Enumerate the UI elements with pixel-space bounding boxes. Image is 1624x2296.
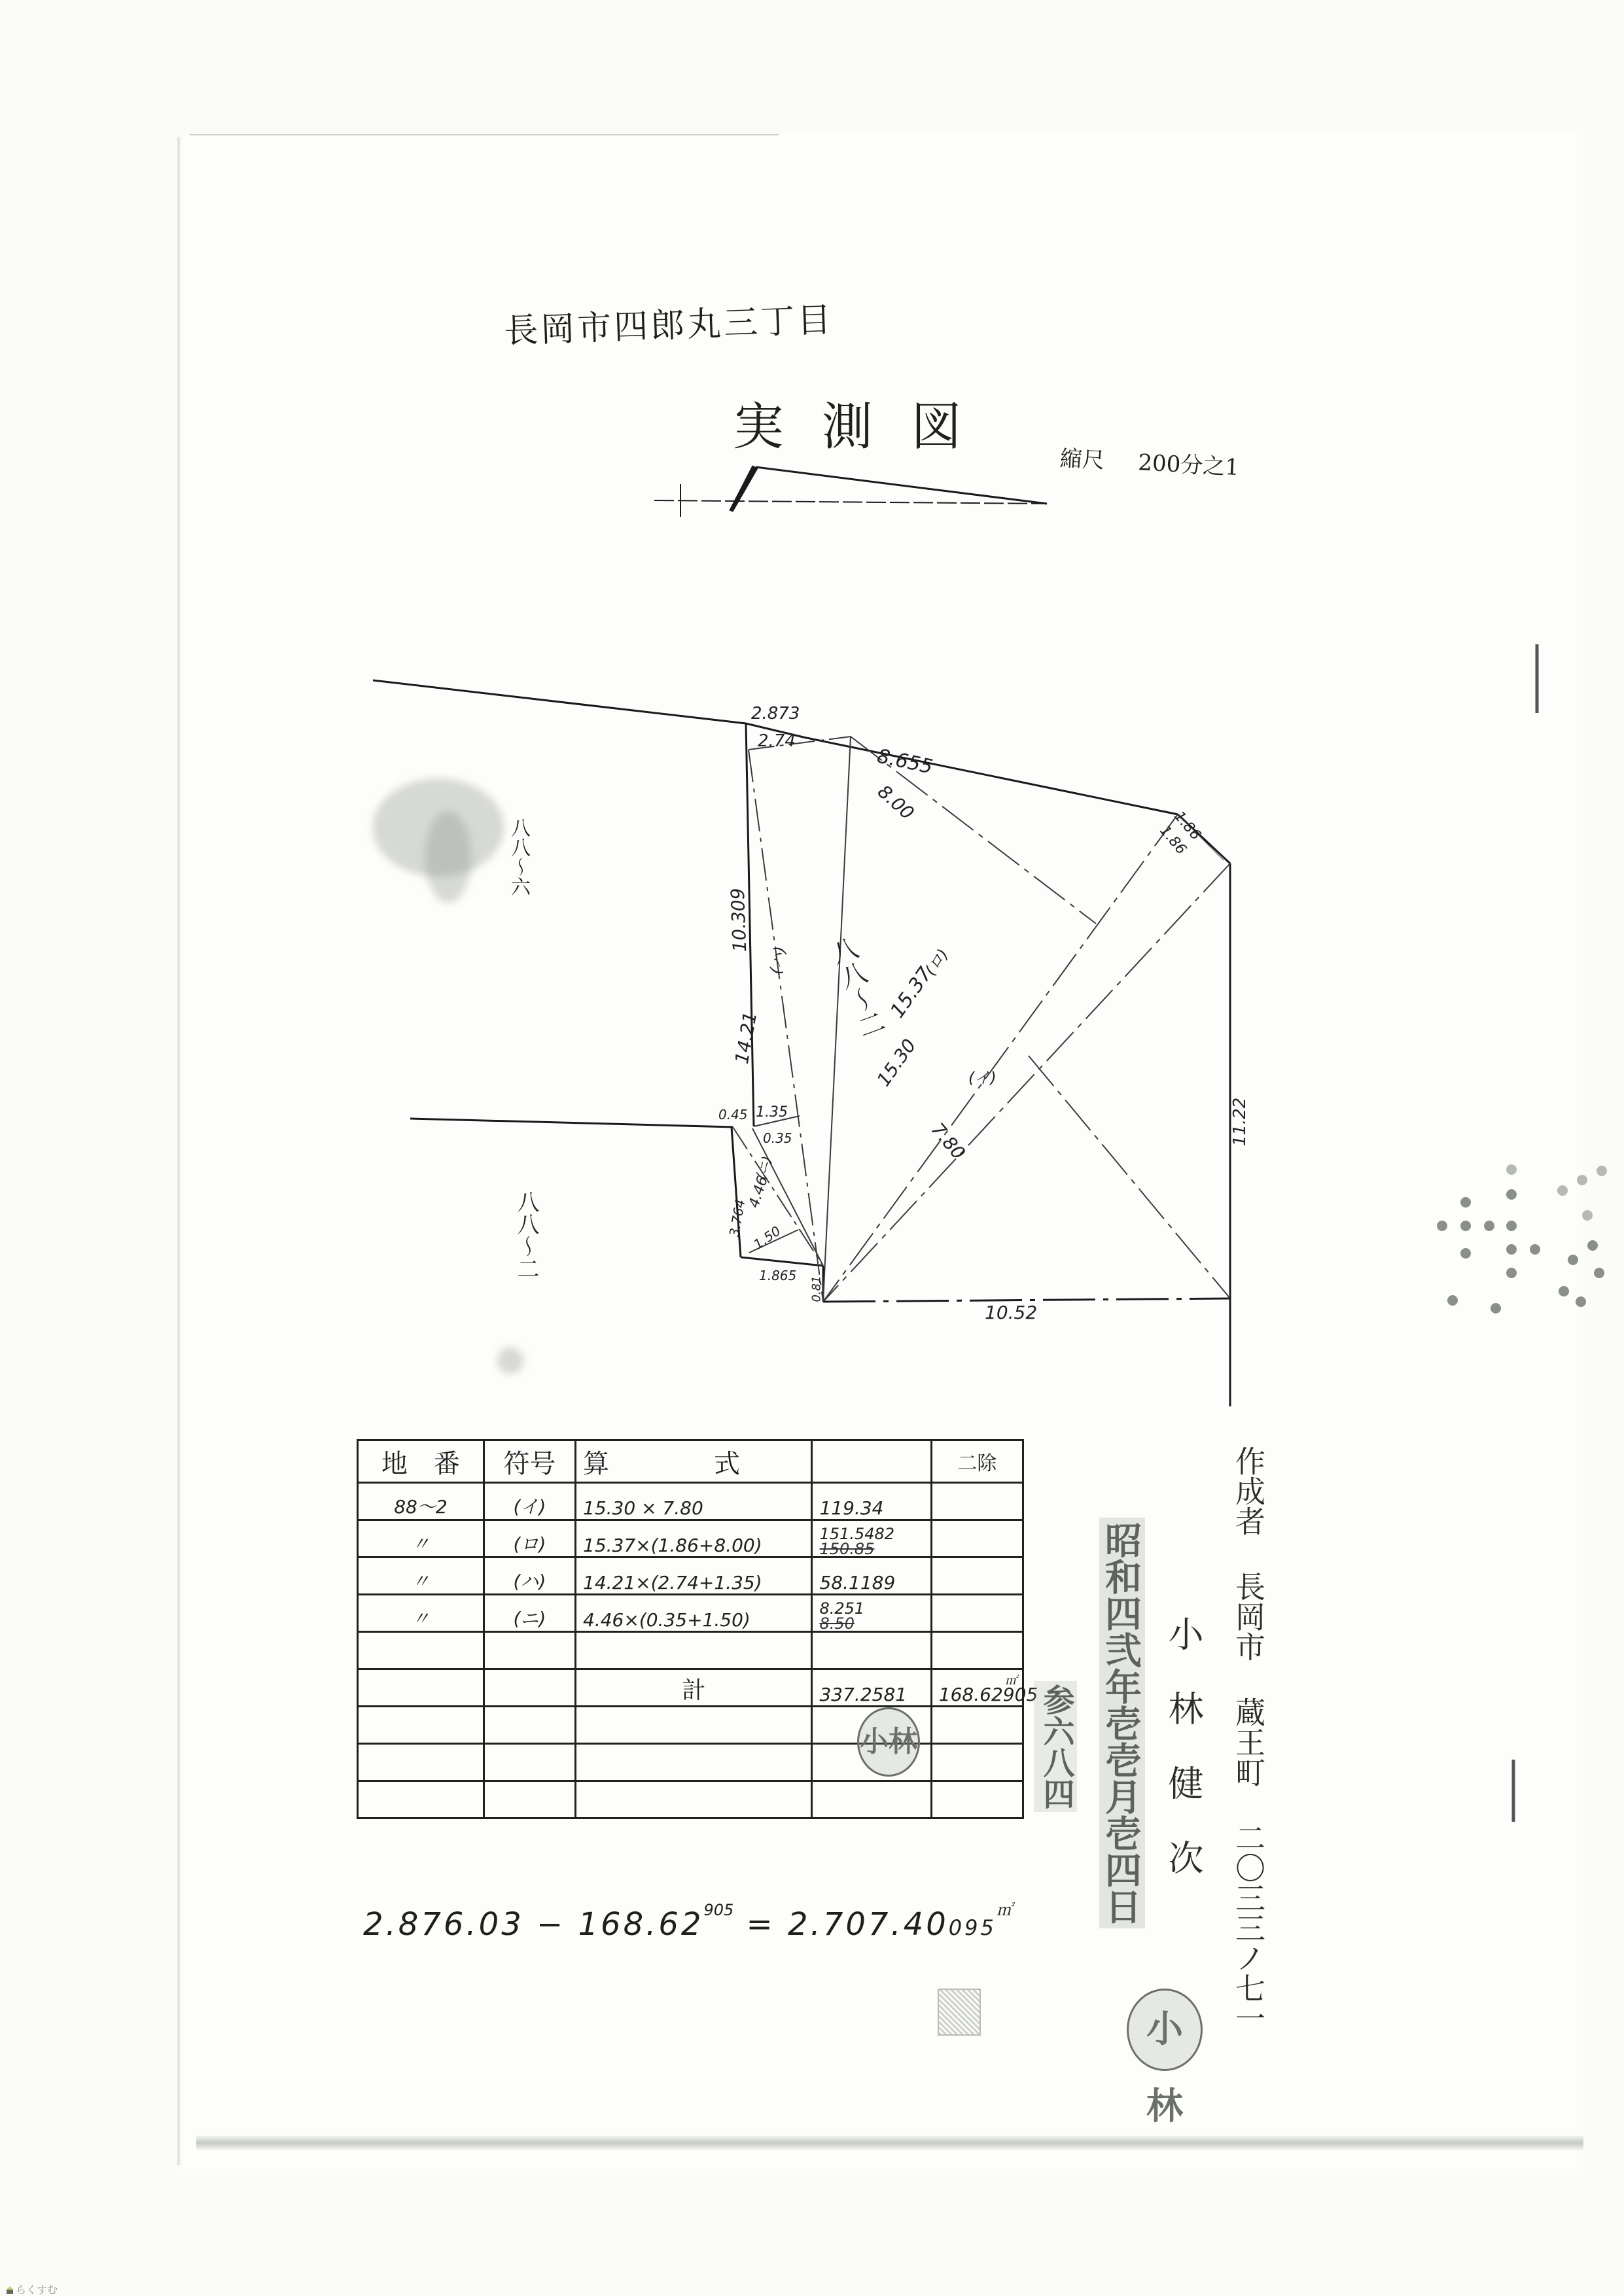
cell-result: 119.34	[812, 1483, 931, 1520]
cell-half	[931, 1520, 1023, 1557]
dim-label: 10.52	[985, 1302, 1037, 1323]
parcel-label-i: (イ)	[968, 1065, 997, 1088]
cell-formula	[576, 1781, 812, 1818]
cell-formula	[576, 1744, 812, 1781]
cell-half	[931, 1557, 1023, 1595]
cell-lot	[358, 1669, 484, 1707]
result-struck: 150.85	[819, 1542, 923, 1556]
table-row: 〃 (ニ) 4.46×(0.35+1.50) 8.251 8.50	[358, 1595, 1023, 1632]
watermark: らくすむ	[7, 2282, 58, 2296]
cell-lot: 88〜2	[358, 1483, 484, 1520]
table-total-row: 計 337.2581 168.62905㎡	[358, 1669, 1023, 1707]
formula-equals: =	[747, 1906, 775, 1943]
cell-result	[812, 1632, 931, 1669]
cell-symbol	[484, 1669, 575, 1707]
dim-label: 2.873	[751, 704, 800, 723]
cell-lot	[358, 1744, 484, 1781]
formula-subtrahend-sup: 905	[703, 1901, 733, 1919]
table-row	[358, 1744, 1023, 1781]
cell-total-half: 168.62905㎡	[931, 1669, 1023, 1707]
table-row	[358, 1781, 1023, 1818]
survey-drawing	[0, 0, 1624, 2296]
header-result	[812, 1440, 931, 1483]
formula-subtrahend: 168.62	[578, 1906, 704, 1943]
cell-symbol	[484, 1707, 575, 1744]
cell-lot: 〃	[358, 1520, 484, 1557]
dim-label: 1.865	[759, 1268, 796, 1283]
cell-formula: 14.21×(2.74+1.35)	[576, 1557, 812, 1595]
dim-label: 0.45	[718, 1107, 748, 1122]
area-calculation-table: 地 番 符号 算 式 二除 88〜2 (イ) 15.30 × 7.80 119.…	[357, 1439, 1024, 1819]
boundary-line	[410, 1119, 733, 1127]
formula-operator: −	[537, 1906, 565, 1943]
table-row: 〃 (ロ) 15.37×(1.86+8.00) 151.5482 150.85	[358, 1520, 1023, 1557]
cell-half	[931, 1744, 1023, 1781]
dim-label: 11.22	[1230, 1098, 1250, 1146]
total-half-value: 168.62905	[939, 1684, 1038, 1705]
unit-label: ㎡	[1005, 1671, 1017, 1688]
watermark-text: らくすむ	[16, 2284, 58, 2296]
dim-label: 1.35	[756, 1104, 788, 1121]
table-row: 〃 (ハ) 14.21×(2.74+1.35) 58.1189	[358, 1557, 1023, 1595]
cell-result: 58.1189	[812, 1557, 931, 1595]
dim-label: 2.74	[758, 731, 796, 751]
dim-label: 0.35	[763, 1130, 792, 1146]
formula-unit: ㎡	[997, 1901, 1012, 1919]
cell-half	[931, 1483, 1023, 1520]
cell-lot: 〃	[358, 1557, 484, 1595]
cell-formula: 15.37×(1.86+8.00)	[576, 1520, 812, 1557]
cell-symbol: (ハ)	[484, 1557, 575, 1595]
author-address: 作成者 長岡市 蔵王町 二〇三三ノ七一	[1230, 1446, 1267, 2033]
lot-label-upper-left: 八八〜六	[504, 818, 533, 896]
cell-half	[931, 1595, 1023, 1632]
area-formula: 2.876.03 − 168.62905 = 2.707.40095㎡	[363, 1897, 1012, 1943]
header-lot-number: 地 番	[358, 1440, 484, 1483]
cell-total-result: 337.2581	[812, 1669, 931, 1707]
cell-formula: 15.30 × 7.80	[576, 1483, 812, 1520]
house-logo-icon	[7, 2286, 13, 2294]
cell-lot	[358, 1707, 484, 1744]
table-header-row: 地 番 符号 算 式 二除	[358, 1440, 1023, 1483]
cell-symbol: (ニ)	[484, 1595, 575, 1632]
lot-label-lower-left: 八八〜二	[510, 1191, 542, 1279]
cell-result: 8.251 8.50	[812, 1595, 931, 1632]
cell-symbol: (ロ)	[484, 1520, 575, 1557]
cell-symbol	[484, 1781, 575, 1818]
stamp-box	[938, 1989, 981, 2036]
cell-symbol	[484, 1744, 575, 1781]
date-stamp: 昭和四弐年壱壱月壱四日	[1099, 1518, 1145, 1928]
author-seal-stamp: 小林	[1127, 1989, 1203, 2071]
parcel-label-ha: (ハ)	[762, 944, 790, 975]
cell-half	[931, 1632, 1023, 1669]
cell-total-label: 計	[576, 1669, 812, 1707]
cell-lot	[358, 1781, 484, 1818]
formula-minuend: 2.876.03	[363, 1906, 524, 1943]
cell-formula	[576, 1632, 812, 1669]
table-row: 88〜2 (イ) 15.30 × 7.80 119.34	[358, 1483, 1023, 1520]
cell-formula: 4.46×(0.35+1.50)	[576, 1595, 812, 1632]
dim-label: 0.81	[810, 1276, 824, 1302]
cell-lot	[358, 1632, 484, 1669]
cell-result: 151.5482 150.85	[812, 1520, 931, 1557]
north-arrow-icon	[654, 466, 1047, 517]
table-seal-stamp: 小林	[857, 1707, 920, 1777]
formula-result-tail: 095	[949, 1915, 997, 1940]
dim-label: 10.309	[727, 888, 750, 952]
cell-result	[812, 1781, 931, 1818]
author-name: 小林健次	[1158, 1616, 1209, 1914]
triangulation-lines	[733, 737, 1230, 1302]
header-formula: 算 式	[576, 1440, 812, 1483]
cell-symbol: (イ)	[484, 1483, 575, 1520]
result-struck: 8.50	[819, 1616, 923, 1631]
cell-half	[931, 1707, 1023, 1744]
header-half: 二除	[931, 1440, 1023, 1483]
table-row	[358, 1632, 1023, 1669]
header-symbol: 符号	[484, 1440, 575, 1483]
number-stamp: 参六八四	[1034, 1681, 1077, 1812]
cell-half	[931, 1781, 1023, 1818]
cell-symbol	[484, 1632, 575, 1669]
formula-result: 2.707.40	[788, 1906, 949, 1943]
cell-formula	[576, 1707, 812, 1744]
cell-lot: 〃	[358, 1595, 484, 1632]
table-row	[358, 1707, 1023, 1744]
boundary-line	[373, 680, 746, 723]
punch-holes	[1446, 1158, 1603, 1302]
